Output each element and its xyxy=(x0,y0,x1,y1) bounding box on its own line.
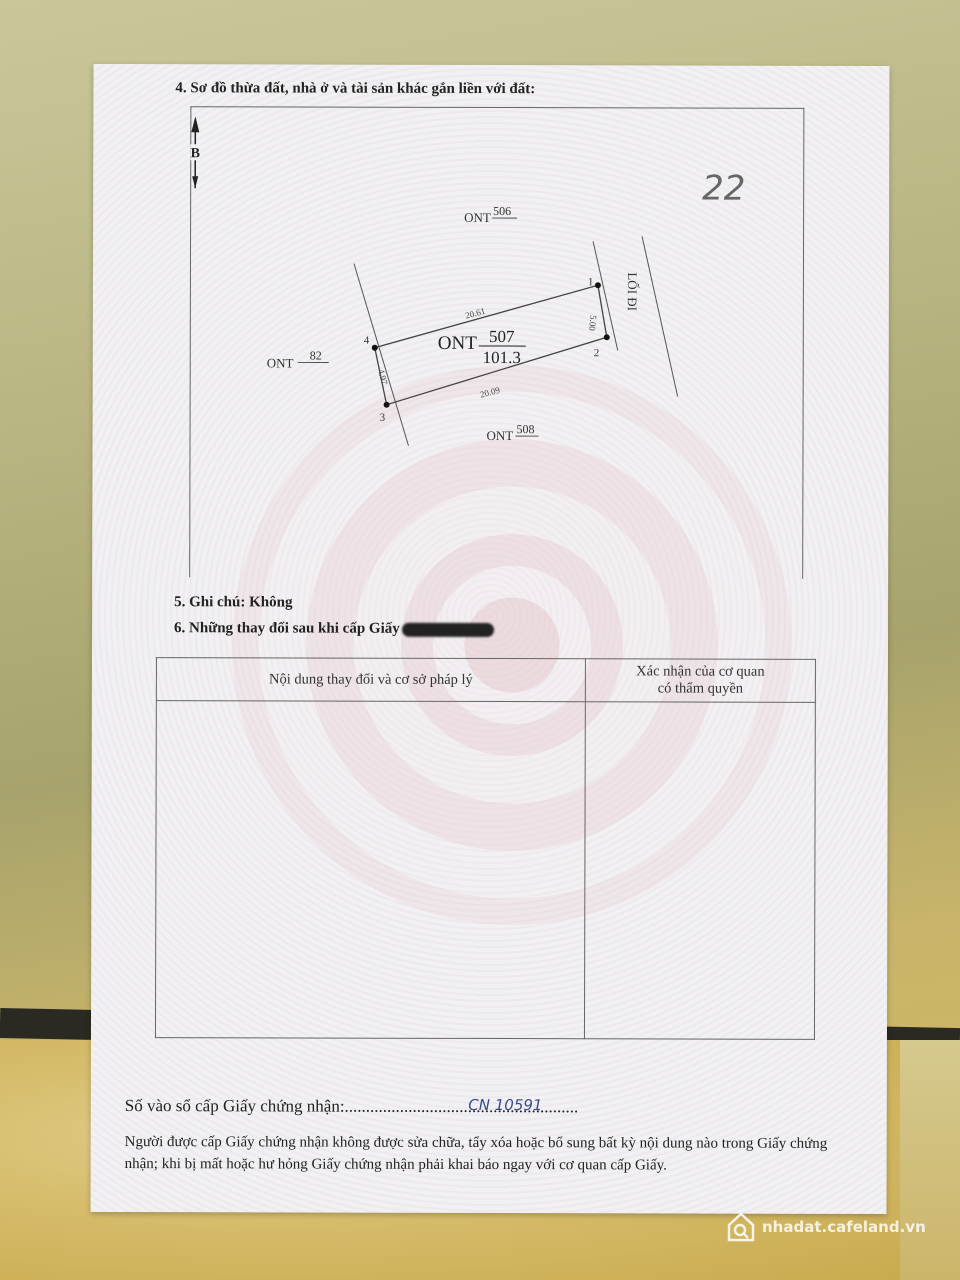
svg-text:ONT: ONT xyxy=(464,210,491,225)
changes-table: Nội dung thay đổi và cơ sở pháp lý Xác n… xyxy=(155,657,816,1040)
svg-text:20.09: 20.09 xyxy=(479,385,502,400)
svg-text:5.00: 5.00 xyxy=(587,315,598,332)
col-header-content: Nội dung thay đổi và cơ sở pháp lý xyxy=(156,658,585,702)
section-4-title: 4. Sơ đồ thừa đất, nhà ở và tài sản khác… xyxy=(175,80,535,98)
svg-text:1: 1 xyxy=(588,276,594,288)
svg-text:ONT: ONT xyxy=(487,428,514,443)
section-5-note: 5. Ghi chú: Không xyxy=(174,594,292,611)
land-parcel-diagram: B 22 1 2 3 4 20.61 20.09 5.00 4.97 ONT 5… xyxy=(189,106,802,578)
svg-text:506: 506 xyxy=(493,204,511,218)
svg-text:3: 3 xyxy=(380,412,386,424)
handwritten-registry-number: CN 10591 xyxy=(468,1096,542,1114)
svg-text:ONT: ONT xyxy=(438,333,477,354)
svg-text:508: 508 xyxy=(517,422,535,436)
cell-content-empty xyxy=(155,701,585,1039)
registry-number-line: Số vào sổ cấp Giấy chứng nhận:..........… xyxy=(125,1096,653,1117)
road-label: LỐI ĐI xyxy=(625,272,640,311)
cell-confirmation-empty xyxy=(584,702,815,1040)
handwritten-number: 22 xyxy=(702,169,745,209)
svg-text:2: 2 xyxy=(594,347,600,359)
svg-text:ONT: ONT xyxy=(267,355,294,370)
section-6-title: 6. Những thay đổi sau khi cấp Giấy xyxy=(174,620,494,638)
svg-text:20.61: 20.61 xyxy=(464,306,486,321)
svg-text:507: 507 xyxy=(489,327,515,346)
site-watermark: nhadat.cafeland.vn xyxy=(726,1207,926,1247)
svg-text:82: 82 xyxy=(310,349,322,363)
north-arrow-icon: B xyxy=(190,116,200,188)
svg-text:4: 4 xyxy=(364,335,370,347)
certificate-page: 4. Sơ đồ thừa đất, nhà ở và tài sản khác… xyxy=(90,64,889,1214)
house-search-icon xyxy=(726,1211,756,1243)
redacted-text xyxy=(402,622,494,636)
col-header-confirmation: Xác nhận của cơ quan có thẩm quyền xyxy=(585,659,815,703)
svg-text:4.97: 4.97 xyxy=(376,368,390,386)
warning-notice: Người được cấp Giấy chứng nhận không đượ… xyxy=(125,1131,845,1177)
svg-text:B: B xyxy=(191,146,200,161)
svg-text:101.3: 101.3 xyxy=(483,348,521,367)
